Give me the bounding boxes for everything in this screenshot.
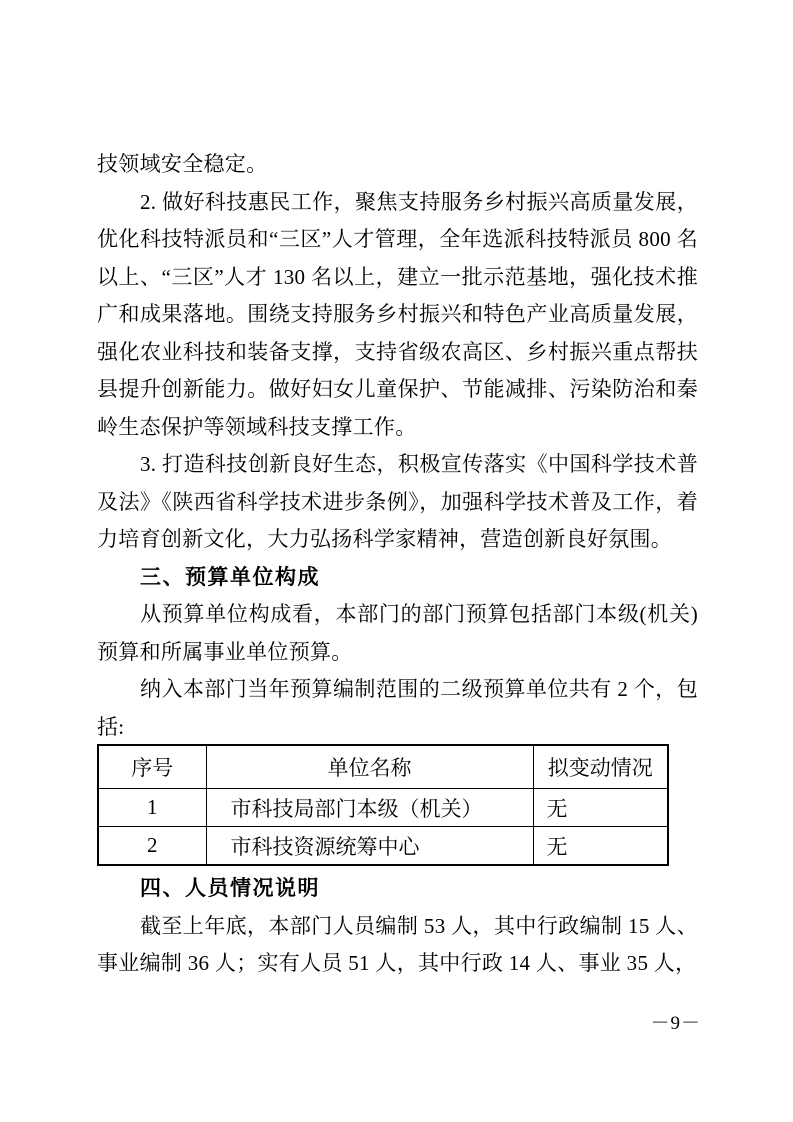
section-heading-personnel: 四、人员情况说明 (97, 870, 698, 908)
cell-unit-name: 市科技局部门本级（机关） (206, 789, 533, 827)
paragraph-personnel: 截至上年底，本部门人员编制 53 人，其中行政编制 15 人、事业编制 36 人… (97, 908, 698, 983)
budget-units-table: 序号 单位名称 拟变动情况 1 市科技局部门本级（机关） 无 2 市科技资源统筹… (97, 744, 669, 866)
section-heading-budget-units: 三、预算单位构成 (97, 559, 698, 597)
table-row: 1 市科技局部门本级（机关） 无 (98, 789, 668, 827)
paragraph-budget-units-count: 纳入本部门当年预算编制范围的二级预算单位共有 2 个，包括: (97, 671, 698, 746)
cell-index: 1 (98, 789, 206, 827)
cell-change: 无 (533, 827, 668, 866)
paragraph-point-3: 3. 打造科技创新良好生态，积极宣传落实《中国科学技术普及法》《陕西省科学技术进… (97, 446, 698, 559)
cell-change: 无 (533, 789, 668, 827)
column-header-unit-name: 单位名称 (206, 745, 533, 789)
paragraph-continuation: 技领域安全稳定。 (97, 146, 698, 184)
paragraph-budget-composition: 从预算单位构成看，本部门的部门预算包括部门本级(机关)预算和所属事业单位预算。 (97, 596, 698, 671)
page-number: －9－ (650, 1008, 701, 1035)
table-header-row: 序号 单位名称 拟变动情况 (98, 745, 668, 789)
paragraph-point-2: 2. 做好科技惠民工作，聚焦支持服务乡村振兴高质量发展，优化科技特派员和“三区”… (97, 184, 698, 447)
cell-index: 2 (98, 827, 206, 866)
column-header-index: 序号 (98, 745, 206, 789)
cell-unit-name: 市科技资源统筹中心 (206, 827, 533, 866)
document-page: 技领域安全稳定。 2. 做好科技惠民工作，聚焦支持服务乡村振兴高质量发展，优化科… (0, 0, 793, 1122)
document-body: 技领域安全稳定。 2. 做好科技惠民工作，聚焦支持服务乡村振兴高质量发展，优化科… (97, 146, 698, 983)
table-row: 2 市科技资源统筹中心 无 (98, 827, 668, 866)
column-header-change: 拟变动情况 (533, 745, 668, 789)
